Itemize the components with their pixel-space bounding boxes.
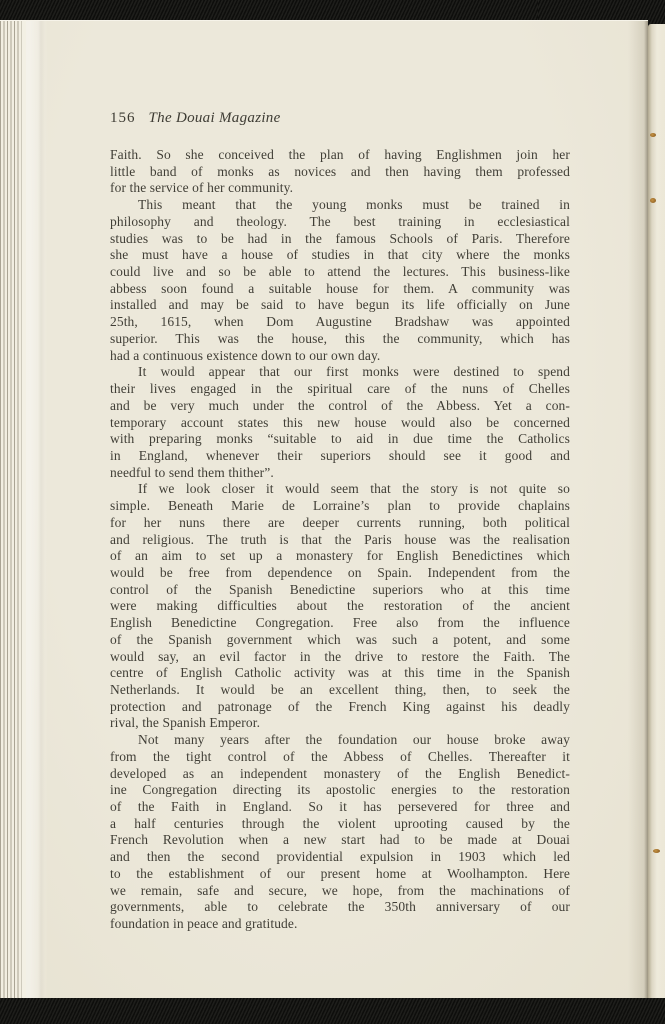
- text-line: This meant that the young monks must be …: [110, 197, 570, 214]
- text-line: protection and patronage of the French K…: [110, 699, 570, 716]
- text-line: control of the Spanish Benedictine super…: [110, 582, 570, 599]
- paragraph: This meant that the young monks must be …: [110, 197, 570, 364]
- text-line: to the establishment of our present home…: [110, 866, 570, 883]
- text-line: she must have a house of studies in that…: [110, 247, 570, 264]
- text-line: foundation in peace and gratitude.: [110, 916, 570, 933]
- text-line: superior. This was the house, this the c…: [110, 331, 570, 348]
- text-line: philosophy and theology. The best traini…: [110, 214, 570, 231]
- text-line: their lives engaged in the spiritual car…: [110, 381, 570, 398]
- text-line: would say, an evil factor in the drive t…: [110, 649, 570, 666]
- text-line: English Benedictine Congregation. Free a…: [110, 615, 570, 632]
- text-line: ine Congregation directing its apostolic…: [110, 782, 570, 799]
- text-line: had a continuous existence down to our o…: [110, 348, 570, 365]
- text-line: needful to send them thither”.: [110, 465, 570, 482]
- text-line: Not many years after the foundation our …: [110, 732, 570, 749]
- paragraph: Faith. So she conceived the plan of havi…: [110, 147, 570, 197]
- text-line: 25th, 1615, when Dom Augustine Bradshaw …: [110, 314, 570, 331]
- text-line: of the Faith in England. So it has perse…: [110, 799, 570, 816]
- text-line: developed as an independent monastery of…: [110, 766, 570, 783]
- text-line: for her nuns there are deeper currents r…: [110, 515, 570, 532]
- binding-speck: [650, 198, 656, 203]
- text-line: If we look closer it would seem that the…: [110, 481, 570, 498]
- text-line: abbess soon found a suitable house for t…: [110, 281, 570, 298]
- page-number: 156: [110, 109, 136, 127]
- paragraph: It would appear that our first monks wer…: [110, 364, 570, 481]
- text-line: in England, whenever their superiors sho…: [110, 448, 570, 465]
- scanned-book-photo: { "colors": { "paper": "#eae5d6", "paper…: [0, 0, 665, 1024]
- text-line: little band of monks as novices and then…: [110, 164, 570, 181]
- text-line: could live and so be able to attend the …: [110, 264, 570, 281]
- text-line: governments, able to celebrate the 350th…: [110, 899, 570, 916]
- binding-speck: [650, 133, 656, 137]
- text-line: Faith. So she conceived the plan of havi…: [110, 147, 570, 164]
- text-line: for the service of her community.: [110, 180, 570, 197]
- text-line: installed and may be said to have begun …: [110, 297, 570, 314]
- text-line: It would appear that our first monks wer…: [110, 364, 570, 381]
- text-line: of an aim to set up a monastery for Engl…: [110, 548, 570, 565]
- text-line: studies was to be had in the famous Scho…: [110, 231, 570, 248]
- book-page: 156 The Douai Magazine Faith. So she con…: [26, 20, 648, 998]
- page-content: 156 The Douai Magazine Faith. So she con…: [110, 109, 570, 933]
- text-line: and be very much under the control of th…: [110, 398, 570, 415]
- text-line: and religious. The truth is that the Par…: [110, 532, 570, 549]
- text-line: French Revolution when a new start had t…: [110, 832, 570, 849]
- text-line: from the tight control of the Abbess of …: [110, 749, 570, 766]
- page-header: 156 The Douai Magazine: [110, 109, 570, 127]
- text-line: were making difficulties about the resto…: [110, 598, 570, 615]
- text-block: Faith. So she conceived the plan of havi…: [110, 147, 570, 933]
- text-line: with preparing monks “suitable to aid in…: [110, 431, 570, 448]
- paragraph: Not many years after the foundation our …: [110, 732, 570, 933]
- book-cover-bottom-edge: [0, 998, 665, 1024]
- text-line: a half centuries through the violent upr…: [110, 816, 570, 833]
- text-line: would be free from dependence on Spain. …: [110, 565, 570, 582]
- binding-speck: [653, 849, 660, 853]
- text-line: we remain, safe and secure, we hope, fro…: [110, 883, 570, 900]
- text-line: temporary account states this new house …: [110, 415, 570, 432]
- text-line: Netherlands. It would be an excellent th…: [110, 682, 570, 699]
- text-line: rival, the Spanish Emperor.: [110, 715, 570, 732]
- text-line: and then the second providential expulsi…: [110, 849, 570, 866]
- magazine-title: The Douai Magazine: [149, 109, 281, 127]
- paragraph: If we look closer it would seem that the…: [110, 481, 570, 732]
- text-line: simple. Beneath Marie de Lorraine’s plan…: [110, 498, 570, 515]
- text-line: centre of English Catholic activity was …: [110, 665, 570, 682]
- text-line: of the Spanish government which was such…: [110, 632, 570, 649]
